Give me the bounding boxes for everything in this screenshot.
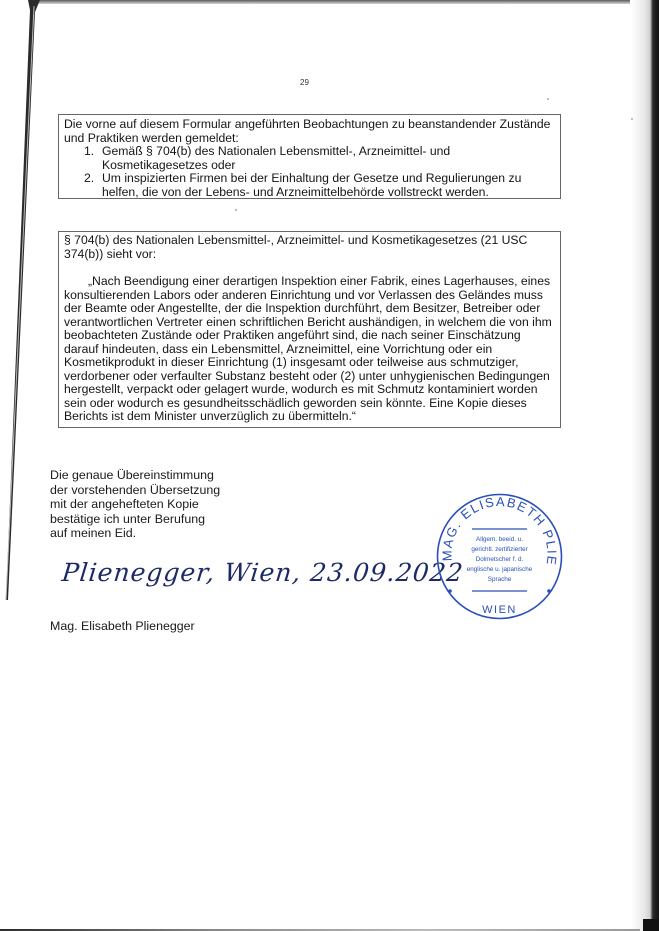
scan-edge-right <box>631 0 659 931</box>
cert-line: bestätige ich unter Berufung <box>50 512 220 527</box>
list-text: Gemäß § 704(b) des Nationalen Lebensmitt… <box>102 144 450 172</box>
scan-edge-top <box>30 0 630 4</box>
scan-speck <box>235 209 237 211</box>
stamp-inner-line: Dolmetscher f. d. <box>476 556 524 563</box>
official-seal-stamp: MAG. ELISABETH PLIENEGGER WIEN Allgem. b… <box>432 489 567 624</box>
observations-notice-box: Die vorne auf diesem Formular angeführte… <box>58 114 561 199</box>
certification-statement: Die genaue Übereinstimmung der vorstehen… <box>50 468 220 541</box>
notice-list: 1. Gemäß § 704(b) des Nationalen Lebensm… <box>64 145 555 199</box>
cert-line: auf meinen Eid. <box>50 526 220 541</box>
page-number: 29 <box>300 78 309 87</box>
list-number: 2. <box>84 172 94 186</box>
signer-name: Mag. Elisabeth Plienegger <box>50 619 195 633</box>
notice-intro: Die vorne auf diesem Formular angeführte… <box>64 118 555 145</box>
scan-corner <box>643 919 659 931</box>
list-item: 1. Gemäß § 704(b) des Nationalen Lebensm… <box>64 145 555 172</box>
stamp-inner-line: gerichtl. zertifizierter <box>471 546 527 553</box>
cert-line: der vorstehenden Übersetzung <box>50 483 220 498</box>
stamp-inner-line: englische u. japanische <box>467 566 533 573</box>
list-item: 2. Um inspizierten Firmen bei der Einhal… <box>64 172 555 199</box>
stamp-inner-line: Allgem. beeid. u. <box>476 536 523 543</box>
quote-text: „Nach Beendigung einer derartigen Inspek… <box>64 274 552 423</box>
page-fold-edge <box>0 0 40 931</box>
stamp-inner-line: Sprache <box>488 576 512 583</box>
list-text: Um inspizierten Firmen bei der Einhaltun… <box>102 171 521 199</box>
scan-speck <box>631 118 633 120</box>
scan-speck <box>547 98 549 100</box>
stamp-city-text: WIEN <box>482 604 517 616</box>
legal-citation-box: § 704(b) des Nationalen Lebensmittel-, A… <box>58 231 561 428</box>
cert-line: mit der angehefteten Kopie <box>50 497 220 512</box>
citation-quote: „Nach Beendigung einer derartigen Inspek… <box>64 275 555 424</box>
citation-heading: § 704(b) des Nationalen Lebensmittel-, A… <box>64 234 555 261</box>
cert-line: Die genaue Übereinstimmung <box>50 468 220 483</box>
handwritten-signature-date: Plienegger, Wien, 23.09.2022 <box>60 558 465 587</box>
list-number: 1. <box>84 145 94 159</box>
